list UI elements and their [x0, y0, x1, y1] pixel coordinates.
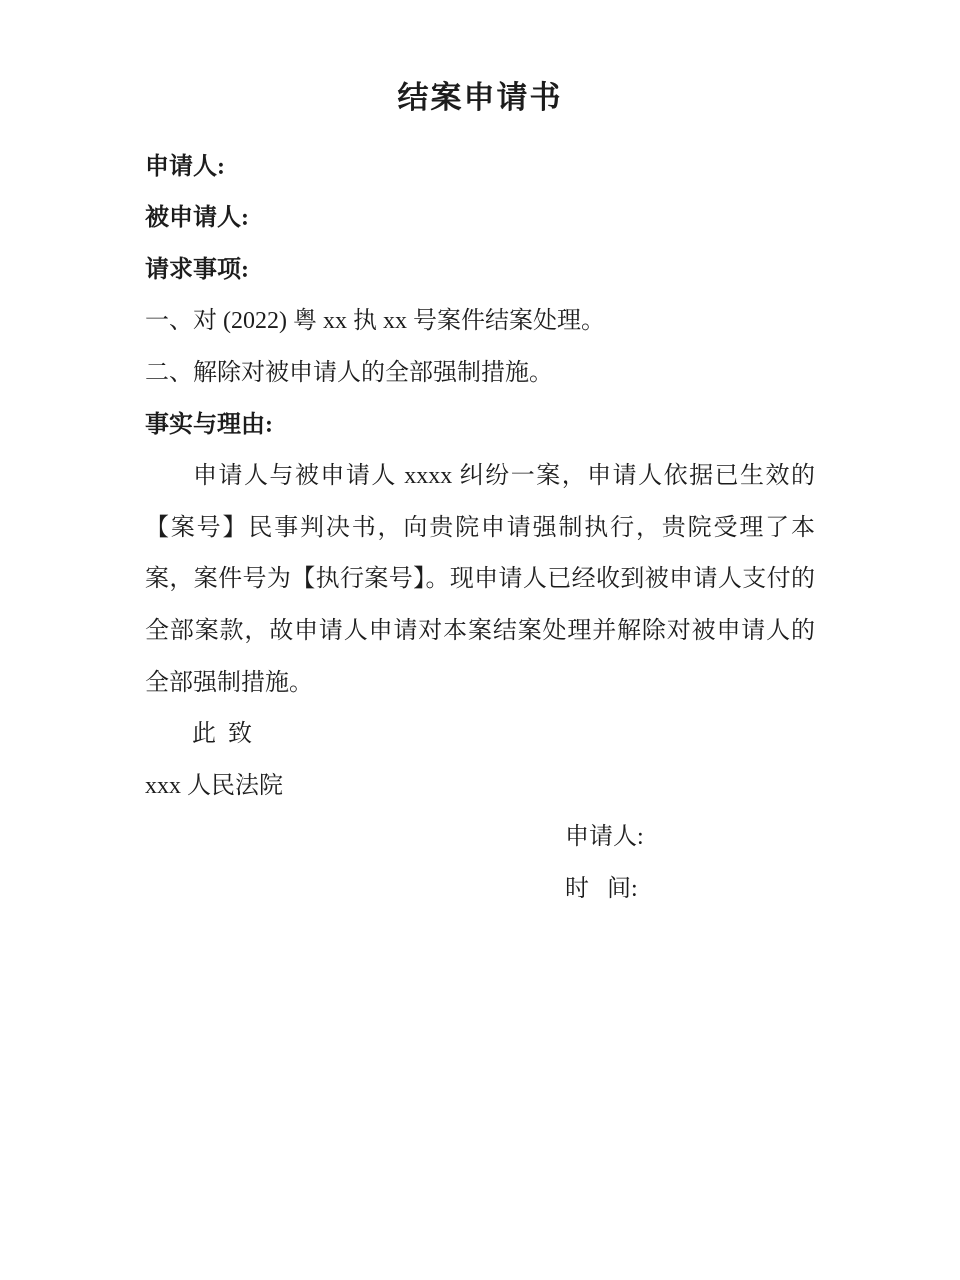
- request-items-heading: 请求事项:: [145, 245, 815, 297]
- signature-applicant-label: 申请人:: [145, 812, 815, 864]
- document-page: 结案申请书 申请人: 被申请人: 请求事项: 一、对 (2022) 粤 xx 执…: [0, 0, 960, 1280]
- signature-date-label: 时 间:: [145, 864, 815, 916]
- applicant-label: 申请人:: [145, 142, 815, 194]
- respondent-label: 被申请人:: [145, 193, 815, 245]
- document-title: 结案申请书: [145, 72, 815, 124]
- court-name: xxx 人民法院: [145, 761, 815, 813]
- facts-paragraph: 申请人与被申请人 xxxx 纠纷一案，申请人依据已生效的【案号】民事判决书，向贵…: [145, 451, 815, 709]
- request-item-1: 一、对 (2022) 粤 xx 执 xx 号案件结案处理。: [145, 296, 815, 348]
- request-item-2: 二、解除对被申请人的全部强制措施。: [145, 348, 815, 400]
- closing-salutation: 此 致: [145, 709, 815, 761]
- facts-heading: 事实与理由:: [145, 400, 815, 452]
